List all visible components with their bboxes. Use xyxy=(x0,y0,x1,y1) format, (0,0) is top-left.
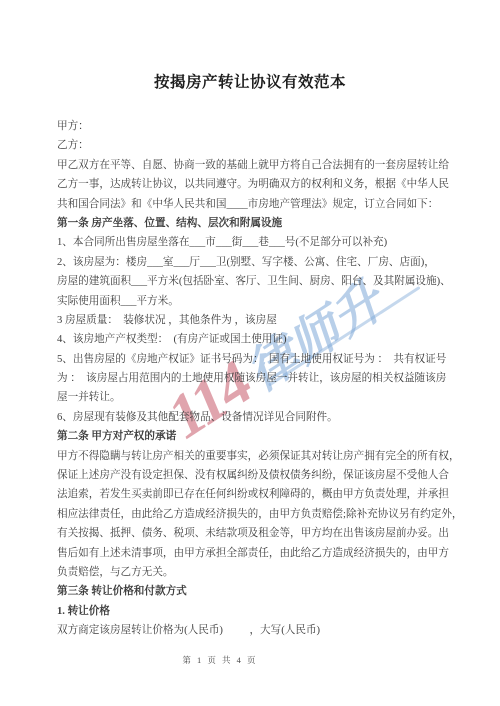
contract-line: 双方商定该房屋转让价格为(人民币) ，大写(人民币) xyxy=(57,621,457,640)
contract-line: 有关按揭、抵押、债务、税项、未结款项及租金等，甲方均在出售该房屋前办妥。出 xyxy=(57,524,457,543)
contract-line: 共和国合同法》和《中华人民共和国____市房地产管理法》规定，订立合同如下： xyxy=(57,195,457,214)
page-number-footer: 第 1 页 共 4 页 xyxy=(0,654,440,666)
section-2-heading: 第二条 甲方对产权的承诺 xyxy=(57,427,457,446)
contract-line: 房屋的建筑面积___平方米(包括卧室、客厅、卫生间、厨房、阳台、及其附属设施)、 xyxy=(57,272,457,291)
contract-line: 保证上述房产没有设定担保、没有权属纠纷及债权债务纠纷，保证该房屋不受他人合 xyxy=(57,466,457,485)
contract-line: 为 ： 该房屋占用范围内的土地使用权随该房屋一并转让，该房屋的相关权益随该房 xyxy=(57,369,457,388)
contract-line: 1、本合同所出售房屋坐落在___市___街___巷___号(不足部分可以补充) xyxy=(57,233,457,252)
section-3-heading: 第三条 转让价格和付款方式 xyxy=(57,582,457,601)
document-body: 甲方：乙方：甲乙双方在平等、自愿、协商一致的基础上就甲方将自己合法拥有的一套房屋… xyxy=(57,117,457,641)
contract-line: 售后如有上述未清事项，由甲方承担全部责任，由此给乙方造成经济损失的，由甲方 xyxy=(57,544,457,563)
contract-line: 相应法律责任，由此给乙方造成经济损失的，由甲方负责赔偿;除补充协议另有约定外， xyxy=(57,505,457,524)
document-page: 114 律师升 按揭房产转让协议有效范本 甲方：乙方：甲乙双方在平等、自愿、协商… xyxy=(0,0,500,706)
document-title: 按揭房产转让协议有效范本 xyxy=(0,70,500,92)
contract-line: 4、该房地产产权类型： (有房产证或国土使用证) xyxy=(57,330,457,349)
party-a-line: 甲方： xyxy=(57,117,457,136)
section-1-heading: 第一条 房产坐落、位置、结构、层次和附属设施 xyxy=(57,214,457,233)
contract-line: 乙方一事，达成转让协议，以共同遵守。为明确双方的权利和义务，根据《中华人民 xyxy=(57,175,457,194)
clause-heading: 1. 转让价格 xyxy=(57,602,457,621)
contract-line: 实际使用面积___平方米。 xyxy=(57,292,457,311)
contract-line: 5、出售房屋的《房地产权证》证书号码为： 国有土地使用权证号为 ： 共有权证号 xyxy=(57,350,457,369)
contract-line: 2、该房屋为：楼房___室___厅___卫(别墅、写字楼、公寓、住宅、厂房、店面… xyxy=(57,253,457,272)
contract-line: 负责赔偿，与乙方无关。 xyxy=(57,563,457,582)
contract-line: 6、房屋现有装修及其他配套物品、设备情况详见合同附件。 xyxy=(57,408,457,427)
contract-line: 甲方不得隐瞒与转让房产相关的重要事实，必须保证其对转让房产拥有完全的所有权， xyxy=(57,447,457,466)
contract-line: 3 房屋质量： 装修状况 ，其他条件为 ，该房屋 xyxy=(57,311,457,330)
contract-line: 甲乙双方在平等、自愿、协商一致的基础上就甲方将自己合法拥有的一套房屋转让给 xyxy=(57,156,457,175)
party-b-line: 乙方： xyxy=(57,136,457,155)
contract-line: 法追索，若发生买卖前即已存在任何纠纷或权利障碍的，概由甲方负责处理，并承担 xyxy=(57,485,457,504)
contract-line: 屋一并转让。 xyxy=(57,388,457,407)
